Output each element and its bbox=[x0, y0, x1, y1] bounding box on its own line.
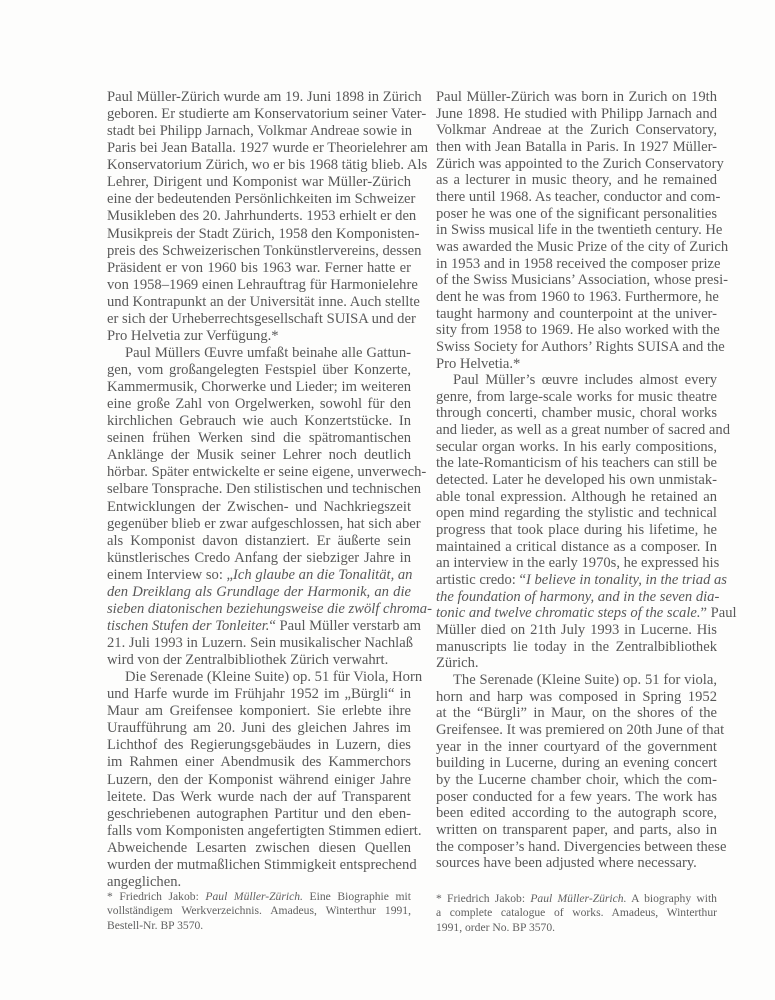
footnote-book-title: Paul Müller-Zürich. bbox=[530, 892, 626, 905]
text-line: wird von der Zentralbibliothek Zürich ve… bbox=[107, 652, 411, 669]
footnote-line: vollständigem Werkverzeichnis. Amadeus, … bbox=[107, 904, 411, 918]
text-line: Paul Müllers Œuvre umfaßt beinahe alle G… bbox=[107, 345, 411, 362]
text-line-quote-end: tischen Stufen der Tonleiter.“ Paul Müll… bbox=[107, 618, 411, 635]
footnote-text: Eine Biographie mit bbox=[303, 890, 411, 903]
text-line: taught harmony and counterpoint at the u… bbox=[436, 306, 717, 323]
text-line: horn and harp was composed in Spring 195… bbox=[436, 689, 717, 706]
text-line: June 1898. He studied with Philipp Jarna… bbox=[436, 106, 717, 123]
text-line: there until 1968. As teacher, conductor … bbox=[436, 189, 717, 206]
text-line-quote: sieben diatonischen beziehungsweise die … bbox=[107, 601, 411, 618]
text-line-quote-start: artistic credo: “I believe in tonality, … bbox=[436, 572, 717, 589]
english-paragraph-serenade: The Serenade (Kleine Suite) op. 51 for v… bbox=[436, 672, 717, 872]
text-line: Lichthof des Regierungsgebäudes in Luzer… bbox=[107, 737, 411, 754]
text-line: hörbar. Später entwickelte er seine eige… bbox=[107, 464, 411, 481]
text-line: in Swiss musical life in the twentieth c… bbox=[436, 222, 717, 239]
text-line: seinen frühen Werken sind die spätromant… bbox=[107, 430, 411, 447]
footnote-line: 1991, order No. BP 3570. bbox=[436, 921, 717, 935]
text-line: leitete. Das Werk wurde nach der auf Tra… bbox=[107, 789, 411, 806]
text-line: wurden der mutmaßlichen Stimmigkeit ents… bbox=[107, 857, 411, 874]
text-line: sity from 1958 to 1969. He also worked w… bbox=[436, 322, 717, 339]
text-line-quote: the foundation of harmony, and in the se… bbox=[436, 589, 717, 606]
footnote-line: Bestell-Nr. BP 3570. bbox=[107, 919, 411, 933]
text-line: selbare Tonsprache. Den stilistischen un… bbox=[107, 481, 411, 498]
text-line-quote-start: einem Interview so: „Ich glaube an die T… bbox=[107, 567, 411, 584]
footnote-text: A biography with bbox=[627, 892, 717, 905]
text-line: secular organ works. In his early compos… bbox=[436, 439, 717, 456]
english-column: Paul Müller-Zürich was born in Zurich on… bbox=[436, 89, 717, 872]
text-line: poser conducted for a few years. The wor… bbox=[436, 789, 717, 806]
text-line: open mind regarding the stylistic and te… bbox=[436, 505, 717, 522]
text-line: Paul Müller’s œuvre includes almost ever… bbox=[436, 372, 717, 389]
german-paragraph-serenade: Die Serenade (Kleine Suite) op. 51 für V… bbox=[107, 669, 411, 891]
text-line: Kammermusik, Chorwerke und Lieder; im we… bbox=[107, 379, 411, 396]
text-line: Uraufführung am 20. Juni des gleichen Ja… bbox=[107, 720, 411, 737]
text-line: und Kontrapunkt an der Universität inne.… bbox=[107, 294, 411, 311]
text-line: Lehrer, Dirigent und Komponist war Mülle… bbox=[107, 174, 411, 191]
text-line: Greifensee. It was premiered on 20th Jun… bbox=[436, 722, 717, 739]
footnote-prefix: * Friedrich Jakob: bbox=[107, 890, 205, 903]
text-line: poser he was one of the significant pers… bbox=[436, 206, 717, 223]
quote-italic: the foundation of harmony, and in the se… bbox=[436, 589, 719, 605]
text-line: er sich der Urheberrechtsgesellschaft SU… bbox=[107, 311, 411, 328]
german-footnote: * Friedrich Jakob: Paul Müller-Zürich. E… bbox=[107, 890, 411, 933]
text-line: von 1958–1969 einen Lehrauftrag für Harm… bbox=[107, 277, 411, 294]
text-line: progress that took place during his life… bbox=[436, 522, 717, 539]
text-line: Volkmar Andreae at the Zurich Conservato… bbox=[436, 122, 717, 139]
english-paragraph-biography: Paul Müller-Zürich was born in Zurich on… bbox=[436, 89, 717, 372]
german-body: Paul Müller-Zürich wurde am 19. Juni 189… bbox=[107, 89, 411, 891]
quote-lead: einem Interview so: „ bbox=[107, 567, 233, 583]
quote-lead: artistic credo: “ bbox=[436, 572, 526, 588]
footnote-prefix: * Friedrich Jakob: bbox=[436, 892, 530, 905]
text-line: able tonal expression. Although he retai… bbox=[436, 489, 717, 506]
text-line: Luzern, den der Komponist während einige… bbox=[107, 772, 411, 789]
text-line: Entwicklungen der Zwischen- und Nachkrie… bbox=[107, 499, 411, 516]
text-line: Zürich was appointed to the Zurich Conse… bbox=[436, 156, 717, 173]
text-line: building in Lucerne, during an evening c… bbox=[436, 755, 717, 772]
text-line: an interview in the early 1970s, he expr… bbox=[436, 555, 717, 572]
text-line: The Serenade (Kleine Suite) op. 51 for v… bbox=[436, 672, 717, 689]
text-line: angeglichen. bbox=[107, 874, 411, 891]
text-line: been edited according to the autograph s… bbox=[436, 805, 717, 822]
text-line: stadt bei Philipp Jarnach, Volkmar Andre… bbox=[107, 123, 411, 140]
text-line: at the “Bürgli” in Maur, on the shores o… bbox=[436, 705, 717, 722]
text-line: Präsident er von 1960 bis 1963 war. Fern… bbox=[107, 260, 411, 277]
quote-italic: sieben diatonischen beziehungsweise die … bbox=[107, 601, 432, 617]
text-line: preis des Schweizerischen Tonkünstlerver… bbox=[107, 243, 411, 260]
german-paragraph-oeuvre: Paul Müllers Œuvre umfaßt beinahe alle G… bbox=[107, 345, 411, 669]
quote-tail: “ Paul Müller verstarb am bbox=[269, 618, 421, 634]
text-line: geschriebenen autographen Partitur und d… bbox=[107, 806, 411, 823]
text-line: Zürich. bbox=[436, 655, 717, 672]
text-line: was awarded the Music Prize of the city … bbox=[436, 239, 717, 256]
text-line: the composer’s hand. Divergencies betwee… bbox=[436, 839, 717, 856]
german-column: Paul Müller-Zürich wurde am 19. Juni 189… bbox=[107, 89, 411, 891]
text-line: maintained a critical distance as a comp… bbox=[436, 539, 717, 556]
text-line: Maur am Greifensee komponiert. Sie erleb… bbox=[107, 703, 411, 720]
text-line: as a lecturer in music theory, and he re… bbox=[436, 172, 717, 189]
text-line: Müller died on 21th July 1993 in Lucerne… bbox=[436, 622, 717, 639]
footnote-book-title: Paul Müller-Zürich. bbox=[205, 890, 303, 903]
quote-italic: Ich glaube an die Tonalität, an bbox=[233, 567, 412, 583]
text-line: Abweichende Lesarten zwischen diesen Que… bbox=[107, 840, 411, 857]
text-line: detected. Later he developed his own unm… bbox=[436, 472, 717, 489]
text-line: manuscripts lie today in the Zentralbibl… bbox=[436, 639, 717, 656]
quote-tail: ” Paul bbox=[701, 605, 737, 621]
text-line: künstlerisches Credo Anfang der siebzige… bbox=[107, 550, 411, 567]
text-line: in 1953 and in 1958 received the compose… bbox=[436, 256, 717, 273]
english-paragraph-oeuvre: Paul Müller’s œuvre includes almost ever… bbox=[436, 372, 717, 672]
text-line: sources have been adjusted where necessa… bbox=[436, 855, 717, 872]
text-line: 21. Juli 1993 in Luzern. Sein musikalisc… bbox=[107, 635, 411, 652]
footnote-line: a complete catalogue of works. Amadeus, … bbox=[436, 906, 717, 920]
text-line: Swiss Society for Authors’ Rights SUISA … bbox=[436, 339, 717, 356]
german-paragraph-biography: Paul Müller-Zürich wurde am 19. Juni 189… bbox=[107, 89, 411, 345]
english-footnote: * Friedrich Jakob: Paul Müller-Zürich. A… bbox=[436, 892, 717, 935]
text-line: by the Lucerne chamber choir, which the … bbox=[436, 772, 717, 789]
text-line: Pro Helvetia zur Verfügung.* bbox=[107, 328, 411, 345]
text-line: dent he was from 1960 to 1963. Furthermo… bbox=[436, 289, 717, 306]
text-line-quote: den Dreiklang als Grundlage der Harmonik… bbox=[107, 584, 411, 601]
text-line: gegenüber blieb er zwar aufgeschlossen, … bbox=[107, 516, 411, 533]
text-line: gen, vom großangelegten Festspiel über K… bbox=[107, 362, 411, 379]
text-line: Anklänge der Musik seiner Lehrer noch de… bbox=[107, 447, 411, 464]
text-line: of the Swiss Musicians’ Association, who… bbox=[436, 272, 717, 289]
text-line: Pro Helvetia.* bbox=[436, 356, 717, 373]
text-line: kirchlichen Gebrauch wie auch Konzertstü… bbox=[107, 413, 411, 430]
text-line: genre, from large-scale works for music … bbox=[436, 389, 717, 406]
text-line: written on transparent paper, and parts,… bbox=[436, 822, 717, 839]
text-line: als Komponist davon distanziert. Er äuße… bbox=[107, 533, 411, 550]
quote-italic: I believe in tonality, in the triad as bbox=[526, 572, 727, 588]
quote-italic: tischen Stufen der Tonleiter. bbox=[107, 618, 269, 634]
footnote-line: * Friedrich Jakob: Paul Müller-Zürich. E… bbox=[107, 890, 411, 904]
text-line: Paris bei Jean Batalla. 1927 wurde er Th… bbox=[107, 140, 411, 157]
text-line: Musikleben des 20. Jahrhunderts. 1953 er… bbox=[107, 208, 411, 225]
quote-italic: tonic and twelve chromatic steps of the … bbox=[436, 605, 701, 621]
text-line: eine große Zahl von Orgelwerken, sowohl … bbox=[107, 396, 411, 413]
text-line-quote-end: tonic and twelve chromatic steps of the … bbox=[436, 605, 717, 622]
text-line: year in the inner courtyard of the gover… bbox=[436, 739, 717, 756]
text-line: Paul Müller-Zürich was born in Zurich on… bbox=[436, 89, 717, 106]
text-line: the late-Romanticism of his teachers can… bbox=[436, 455, 717, 472]
text-line: eine der bedeutenden Persönlichkeiten im… bbox=[107, 191, 411, 208]
text-line: Musikpreis der Stadt Zürich, 1958 den Ko… bbox=[107, 226, 411, 243]
text-line: im Rahmen einer Abendmusik des Kammercho… bbox=[107, 754, 411, 771]
quote-italic: den Dreiklang als Grundlage der Harmonik… bbox=[107, 584, 411, 600]
text-line: through concerti, chamber music, choral … bbox=[436, 405, 717, 422]
text-line: Die Serenade (Kleine Suite) op. 51 für V… bbox=[107, 669, 411, 686]
document-page: Paul Müller-Zürich wurde am 19. Juni 189… bbox=[0, 0, 775, 1000]
text-line: Paul Müller-Zürich wurde am 19. Juni 189… bbox=[107, 89, 411, 106]
text-line: Konservatorium Zürich, wo er bis 1968 tä… bbox=[107, 157, 411, 174]
text-line: und Harfe wurde im Frühjahr 1952 im „Bür… bbox=[107, 686, 411, 703]
text-line: then with Jean Batalla in Paris. In 1927… bbox=[436, 139, 717, 156]
text-line: falls vom Komponisten angefertigten Stim… bbox=[107, 823, 411, 840]
footnote-line: * Friedrich Jakob: Paul Müller-Zürich. A… bbox=[436, 892, 717, 906]
text-line: geboren. Er studierte am Konservatorium … bbox=[107, 106, 411, 123]
english-body: Paul Müller-Zürich was born in Zurich on… bbox=[436, 89, 717, 872]
text-line: and lieder, as well as a great number of… bbox=[436, 422, 717, 439]
